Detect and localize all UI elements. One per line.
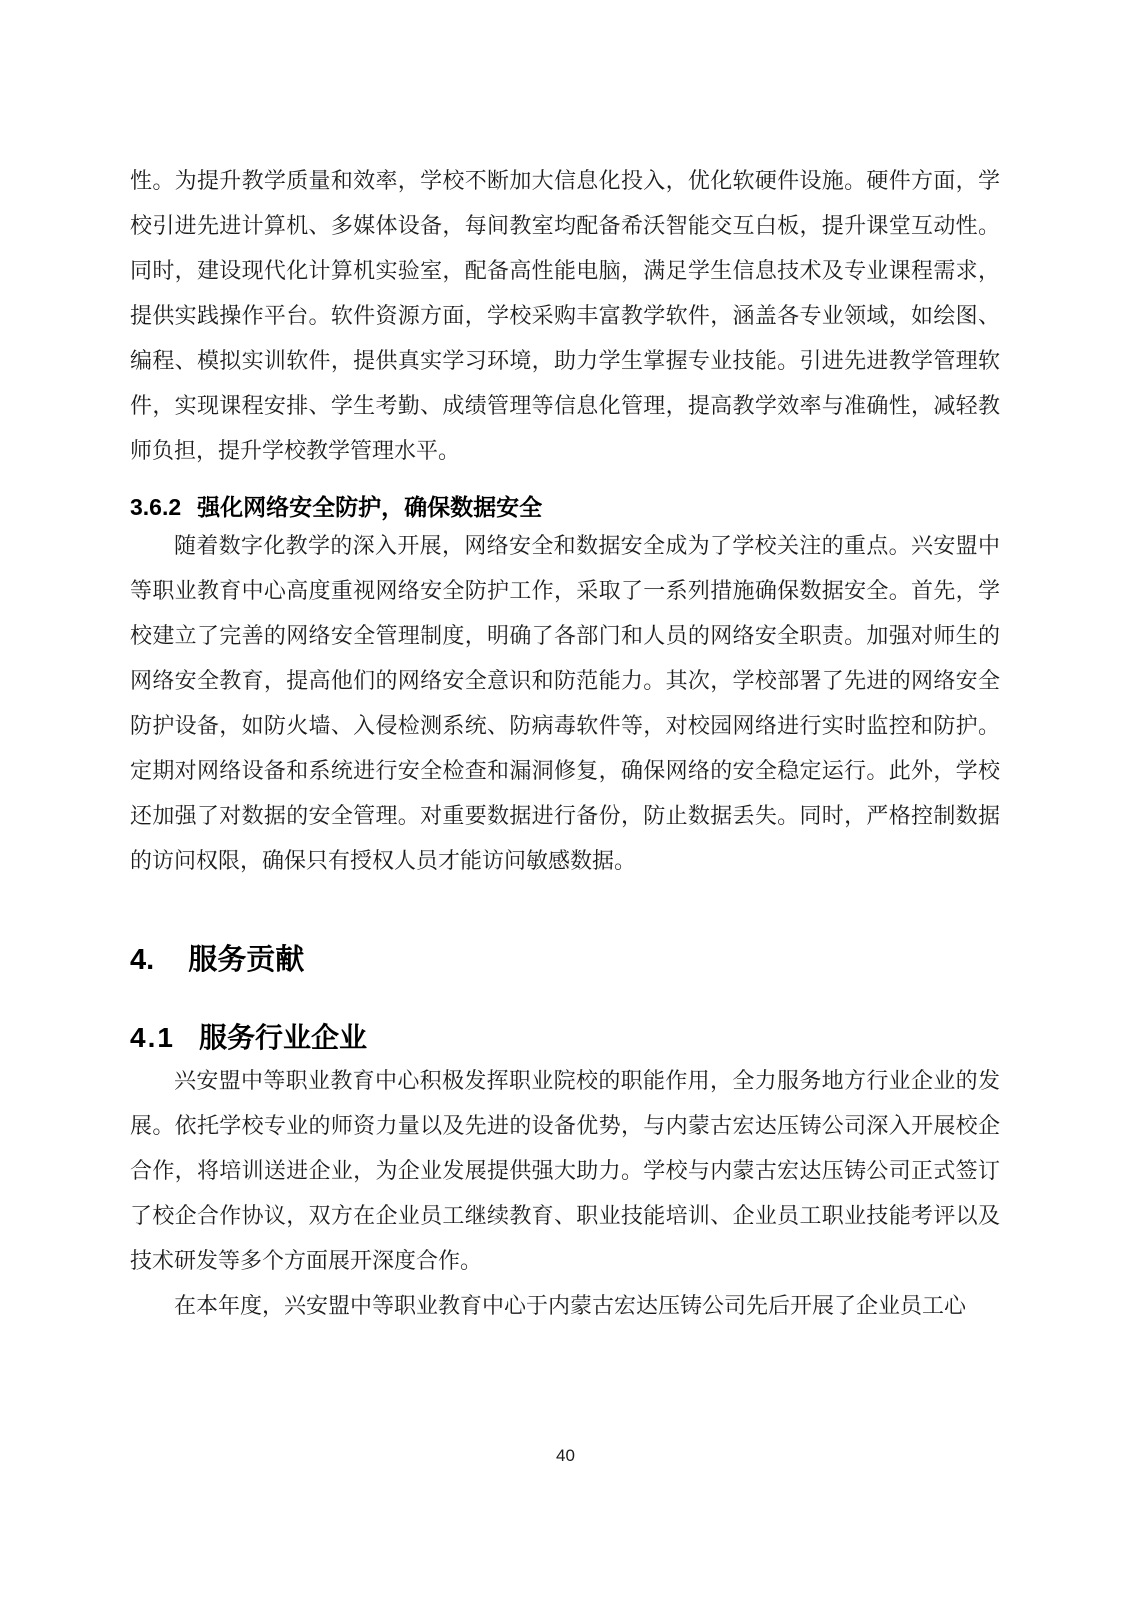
paragraph-network-security: 随着数字化教学的深入开展，网络安全和数据安全成为了学校关注的重点。兴安盟中等职业… (130, 523, 1000, 883)
paragraph-informatization: 性。为提升教学质量和效率，学校不断加大信息化投入，优化软硬件设施。硬件方面，学校… (130, 158, 1000, 473)
paragraph-enterprise-service: 兴安盟中等职业教育中心积极发挥职业院校的职能作用，全力服务地方行业企业的发展。依… (130, 1058, 1000, 1283)
section-heading-3-6-2: 3.6.2强化网络安全防护，确保数据安全 (130, 491, 1000, 523)
paragraph-annual-activity: 在本年度，兴安盟中等职业教育中心于内蒙古宏达压铸公司先后开展了企业员工心 (130, 1283, 1000, 1328)
section-heading-4-1-title: 服务行业企业 (199, 1022, 367, 1053)
chapter-heading-4: 4.服务贡献 (130, 939, 1000, 981)
section-heading-3-6-2-number: 3.6.2 (130, 491, 181, 523)
chapter-heading-4-number: 4. (130, 939, 154, 981)
page-number: 40 (0, 1446, 1131, 1466)
document-page: 性。为提升教学质量和效率，学校不断加大信息化投入，优化软硬件设施。硬件方面，学校… (0, 0, 1131, 1600)
chapter-heading-4-title: 服务贡献 (188, 944, 304, 976)
section-heading-3-6-2-title: 强化网络安全防护，确保数据安全 (197, 494, 542, 520)
section-heading-4-1-number: 4.1 (130, 1018, 175, 1058)
section-heading-4-1: 4.1服务行业企业 (130, 1018, 1000, 1058)
